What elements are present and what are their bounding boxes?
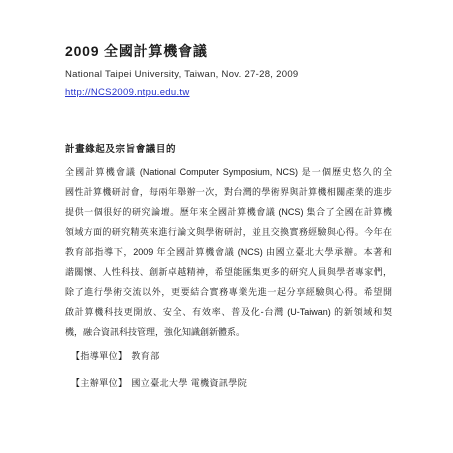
advising-unit-row: 【指導單位】教育部 xyxy=(71,349,160,362)
paragraph-line: 機，融合資訊科技管理，強化知識創新體系。 xyxy=(65,322,392,342)
host-unit-row: 【主辦單位】國立臺北大學 電機資訊學院 xyxy=(71,376,247,389)
advising-unit-value: 教育部 xyxy=(131,351,159,361)
host-unit-label: 【主辦單位】 xyxy=(71,378,127,388)
host-unit-value: 國立臺北大學 電機資訊學院 xyxy=(131,378,247,388)
intro-paragraph: 全國計算機會議 (National Computer Symposium, NC… xyxy=(65,162,392,342)
paragraph-line: 國性計算機研討會，每兩年舉辦一次，對台灣的學術界與計算機相關產業的進步 xyxy=(65,182,392,202)
advising-unit-label: 【指導單位】 xyxy=(71,351,127,361)
paragraph-line: 諧關懷、人性科技、創新卓越精神，希望能匯集更多的研究人員與學者專家們， xyxy=(65,262,392,282)
document-page: 2009 全國計算機會議 National Taipei University,… xyxy=(0,0,453,453)
paragraph-line: 全國計算機會議 (National Computer Symposium, NC… xyxy=(65,162,392,182)
paragraph-line: 提供一個很好的研究論壇。歷年來全國計算機會議 (NCS) 集合了全國在計算機 xyxy=(65,202,392,222)
document-title: 2009 全國計算機會議 xyxy=(65,41,208,61)
document-subtitle: National Taipei University, Taiwan, Nov.… xyxy=(65,69,299,80)
paragraph-line: 教育部指導下，2009 年全國計算機會議 (NCS) 由國立臺北大學承辦。本著和 xyxy=(65,242,392,262)
paragraph-line: 除了進行學術交流以外，更要結合實務專業先進一起分享經驗與心得。希望開 xyxy=(65,282,392,302)
paragraph-line: 啟計算機科技更開放、安全、有效率、普及化-台灣 (U-Taiwan) 的新領域和… xyxy=(65,302,392,322)
conference-url-link[interactable]: http://NCS2009.ntpu.edu.tw xyxy=(65,87,190,98)
paragraph-line: 領域方面的研究精英來進行論文與學術研討，並且交換實務經驗與心得。今年在 xyxy=(65,222,392,242)
section-heading: 計畫緣起及宗旨會議目的 xyxy=(65,141,176,155)
